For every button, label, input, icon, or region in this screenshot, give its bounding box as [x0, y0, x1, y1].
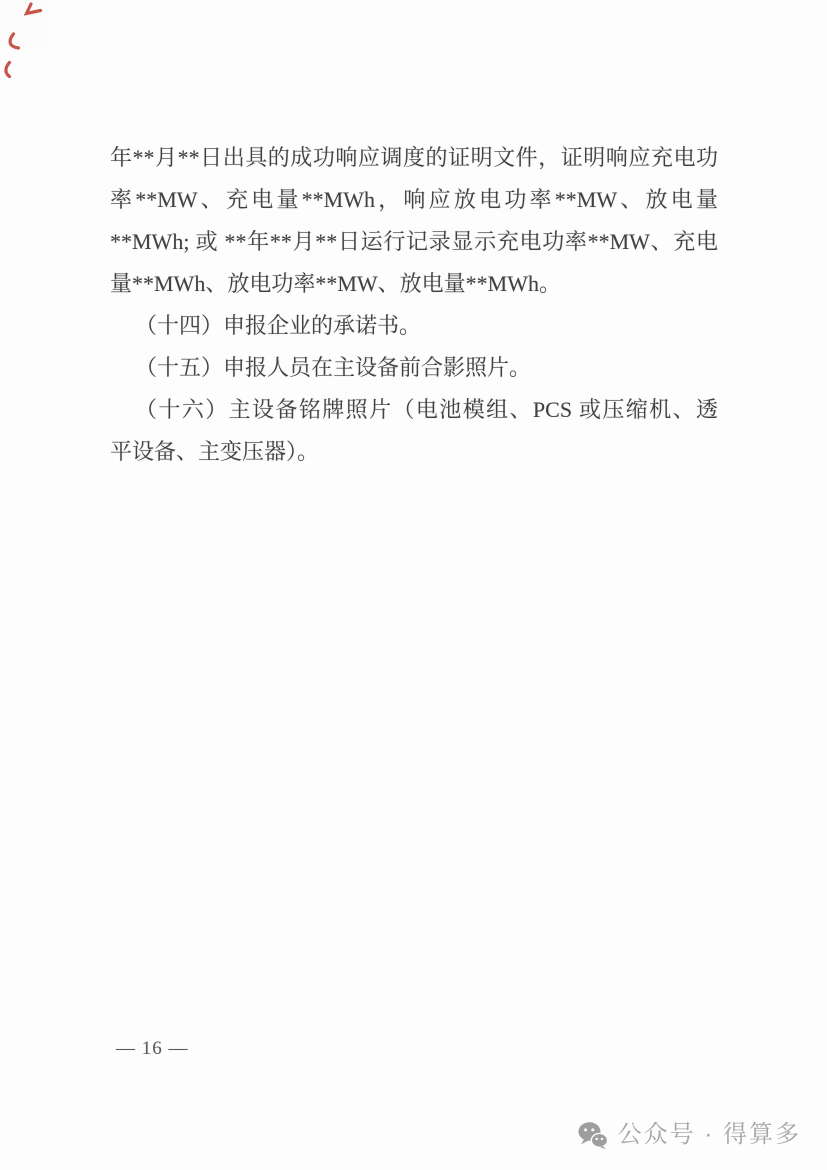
- list-item-14: （十四）申报企业的承诺书。: [110, 305, 718, 347]
- paragraph-line-2: 率**MW、充电量**MWh，响应放电功率**MW、放电量: [110, 179, 718, 221]
- wechat-watermark: 公众号 · 得算多: [578, 1118, 801, 1152]
- list-item-15: （十五）申报人员在主设备前合影照片。: [110, 347, 718, 389]
- red-mark-stroke-3: [6, 63, 10, 77]
- red-mark-stroke-1: [27, 4, 41, 14]
- document-text-block: 年**月**日出具的成功响应调度的证明文件，证明响应充电功 率**MW、充电量*…: [110, 137, 718, 473]
- paragraph-line-4: 量**MWh、放电功率**MW、放电量**MWh。: [110, 263, 718, 305]
- wechat-icon: [578, 1121, 608, 1150]
- paragraph-line-3: **MWh; 或 **年**月**日运行记录显示充电功率**MW、充电: [110, 221, 718, 263]
- red-pen-marks: [0, 0, 52, 86]
- document-page: 年**月**日出具的成功响应调度的证明文件，证明响应充电功 率**MW、充电量*…: [0, 0, 827, 1170]
- paragraph-line-1: 年**月**日出具的成功响应调度的证明文件，证明响应充电功: [110, 137, 718, 179]
- red-mark-stroke-2: [10, 34, 18, 48]
- page-number: — 16 —: [116, 1036, 189, 1062]
- list-item-16-line-1: （十六）主设备铭牌照片（电池模组、PCS 或压缩机、透: [110, 389, 718, 431]
- list-item-16-line-2: 平设备、主变压器）。: [110, 431, 718, 473]
- watermark-label: 公众号 · 得算多: [618, 1118, 801, 1152]
